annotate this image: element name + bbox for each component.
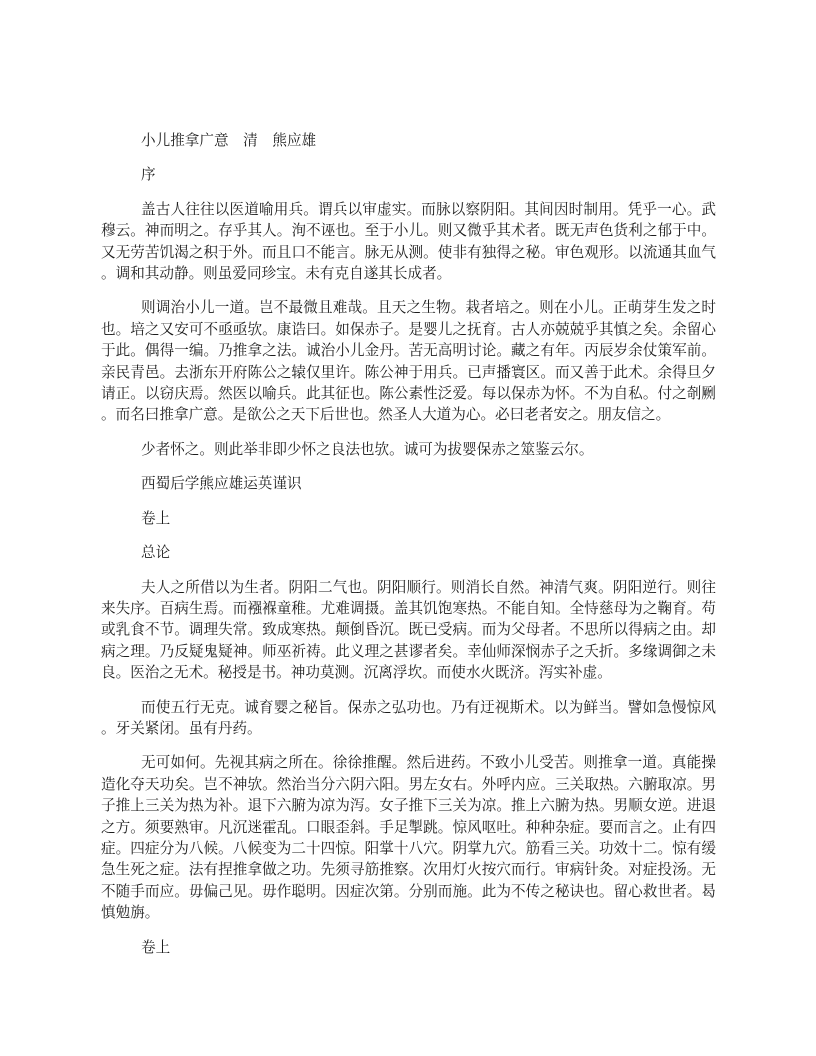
preface-paragraph-1: 盖古人往往以医道喻用兵。谓兵以审虚实。而脉以察阴阳。其间因时制用。凭乎一心。武穆… <box>101 199 716 285</box>
general-discussion-heading: 总论 <box>141 542 716 563</box>
general-discussion-paragraph-1: 夫人之所借以为生者。阴阳二气也。阴阳顺行。则消长自然。神清气爽。阴阳逆行。则往来… <box>101 577 716 684</box>
author-signature: 西蜀后学熊应雄运英谨识 <box>141 473 716 494</box>
document-page: 小儿推拿广意 清 熊应雄 序 盖古人往往以医道喻用兵。谓兵以审虚实。而脉以察阴阳… <box>0 0 816 1056</box>
preface-paragraph-3: 少者怀之。则此举非即少怀之良法也欤。诚可为拔婴保赤之筮鉴云尔。 <box>101 439 716 460</box>
preface-heading: 序 <box>141 164 716 185</box>
general-discussion-paragraph-2: 而使五行无克。诚育婴之秘旨。保赤之弘功也。乃有迂视斯术。以为鲜当。譬如急慢惊风。… <box>101 697 716 740</box>
document-title: 小儿推拿广意 清 熊应雄 <box>141 130 716 151</box>
volume-1-heading-repeat: 卷上 <box>141 937 716 958</box>
general-discussion-paragraph-3: 无可如何。先视其病之所在。徐徐推醒。然后进药。不致小儿受苦。则推拿一道。真能操造… <box>101 752 716 923</box>
volume-1-heading: 卷上 <box>141 508 716 529</box>
preface-paragraph-2: 则调治小儿一道。岂不最微且难哉。且天之生物。栽者培之。则在小儿。正萌芽生发之时也… <box>101 297 716 425</box>
